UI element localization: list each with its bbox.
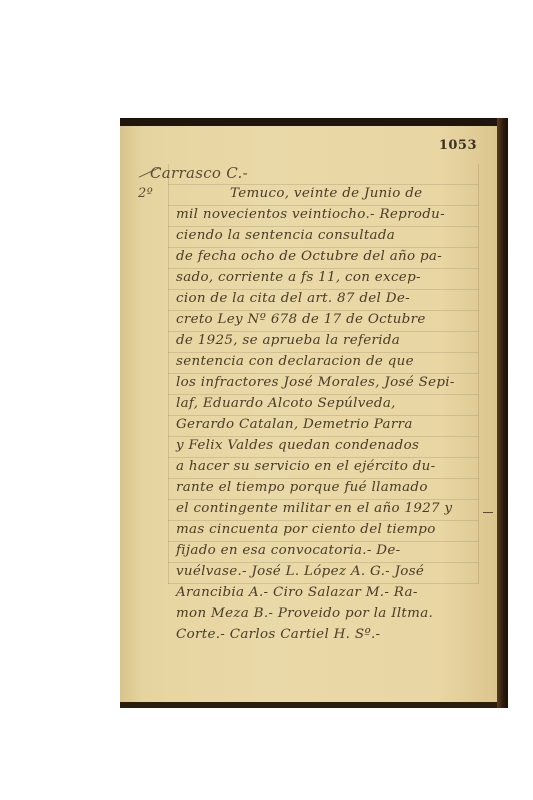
entry-heading-name: Carrasco C.- xyxy=(150,164,248,182)
body-line: y Felix Valdes quedan condenados xyxy=(176,438,419,453)
body-line: mas cincuenta por ciento del tiempo xyxy=(176,522,436,537)
body-line: sado, corriente a fs 11, con excep- xyxy=(176,270,421,285)
body-line: laf, Eduardo Alcoto Sepúlveda, xyxy=(176,396,396,411)
body-line: Arancibia A.- Ciro Salazar M.- Ra- xyxy=(176,585,418,600)
ledger-page: 1053 Carrasco C.- 2º Temuco, veinte de J… xyxy=(120,118,497,702)
entry-number: 2º xyxy=(138,186,153,201)
page-number: 1053 xyxy=(439,138,477,153)
body-line: Gerardo Catalan, Demetrio Parra xyxy=(176,417,413,432)
body-line: cion de la cita del art. 87 del De- xyxy=(176,291,410,306)
book-binding-shadow xyxy=(497,118,508,708)
body-line: vuélvase.- José L. López A. G.- José xyxy=(176,564,424,579)
margin-dash xyxy=(483,512,493,513)
body-line: creto Ley Nº 678 de 17 de Octubre xyxy=(176,312,426,327)
body-line: ciendo la sentencia consultada xyxy=(176,228,395,243)
ledger-book: 1053 Carrasco C.- 2º Temuco, veinte de J… xyxy=(120,118,508,708)
body-line: el contingente militar en el año 1927 y xyxy=(176,501,452,516)
ruled-writing-area xyxy=(168,164,479,584)
body-line: Corte.- Carlos Cartiel H. Sº.- xyxy=(176,627,380,642)
body-line: mil novecientos veintiocho.- Reprodu- xyxy=(176,207,445,222)
body-line: mon Meza B.- Proveido por la Iltma. xyxy=(176,606,433,621)
body-line: fijado en esa convocatoria.- De- xyxy=(176,543,400,558)
body-line: Temuco, veinte de Junio de xyxy=(230,186,422,201)
body-line: los infractores José Morales, José Sepi- xyxy=(176,375,455,390)
body-line: a hacer su servicio en el ejército du- xyxy=(176,459,435,474)
body-line: de fecha ocho de Octubre del año pa- xyxy=(176,249,442,264)
body-line: sentencia con declaracion de que xyxy=(176,354,414,369)
body-line: rante el tiempo porque fué llamado xyxy=(176,480,428,495)
body-line: de 1925, se aprueba la referida xyxy=(176,333,400,348)
